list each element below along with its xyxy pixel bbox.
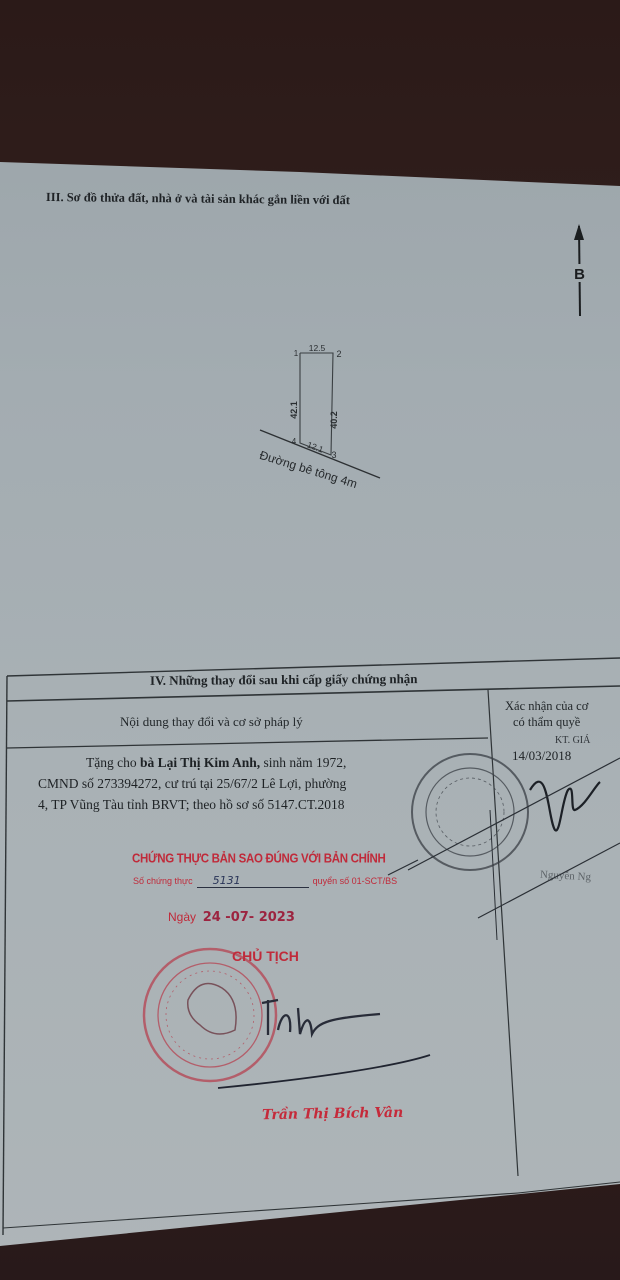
certification-number-row: Số chứng thực5131quyển số 01-SCT/BS [133,874,397,888]
right-kt-label: KT. GIÁ [555,735,590,746]
svg-text:12.5: 12.5 [309,343,326,353]
north-arrow-icon: B [568,222,588,318]
cert-number-value: 5131 [197,874,309,888]
signer-name: Trần Thị Bích Vân [262,1105,404,1123]
column-header-confirmation-line1: Xác nhận của cơ [505,698,588,714]
land-plot-diagram: 1 2 3 4 12.5 12.1 42.1 40.2 [250,330,400,510]
cert-date-label: Ngày [168,910,196,924]
certification-heading: CHỨNG THỰC BẢN SAO ĐÚNG VỚI BẢN CHÍNH [132,852,386,866]
cert-book-label: quyển số 01-SCT/BS [313,876,398,886]
column-header-content: Nội dung thay đổi và cơ sở pháp lý [120,714,303,730]
cert-number-label: Số chứng thực [133,876,193,886]
plot-boundary [300,353,333,455]
content-line-1: Tặng cho bà Lại Thị Kim Anh, sinh năm 19… [38,752,508,773]
content-line-2: CMND số 273394272, cư trú tại 25/67/2 Lê… [38,773,508,794]
svg-text:42.1: 42.1 [289,401,299,419]
svg-text:3: 3 [331,450,336,460]
svg-text:1: 1 [294,349,299,358]
section-iv-title: IV. Những thay đổi sau khi cấp giấy chứn… [150,671,418,689]
svg-text:4: 4 [292,437,297,446]
svg-text:12.1: 12.1 [306,440,325,455]
certification-date: Ngày 24 -07- 2023 [168,910,295,925]
svg-text:2: 2 [336,349,341,359]
content-line-3: 4, TP Vũng Tàu tỉnh BRVT; theo hồ sơ số … [38,794,508,815]
cert-date-value: 24 -07- 2023 [203,910,295,925]
svg-text:40.2: 40.2 [329,411,339,429]
confirmation-date: 14/03/2018 [512,748,571,764]
column-header-confirmation-line2: có thẩm quyề [505,714,588,730]
column-header-confirmation: Xác nhận của cơ có thẩm quyề [505,698,588,730]
chairman-title: CHỦ TỊCH [232,948,299,964]
change-content: Tặng cho bà Lại Thị Kim Anh, sinh năm 19… [38,752,508,815]
north-label: B [574,266,585,283]
section-iii-title: III. Sơ đồ thửa đất, nhà ở và tài sản kh… [46,190,350,208]
